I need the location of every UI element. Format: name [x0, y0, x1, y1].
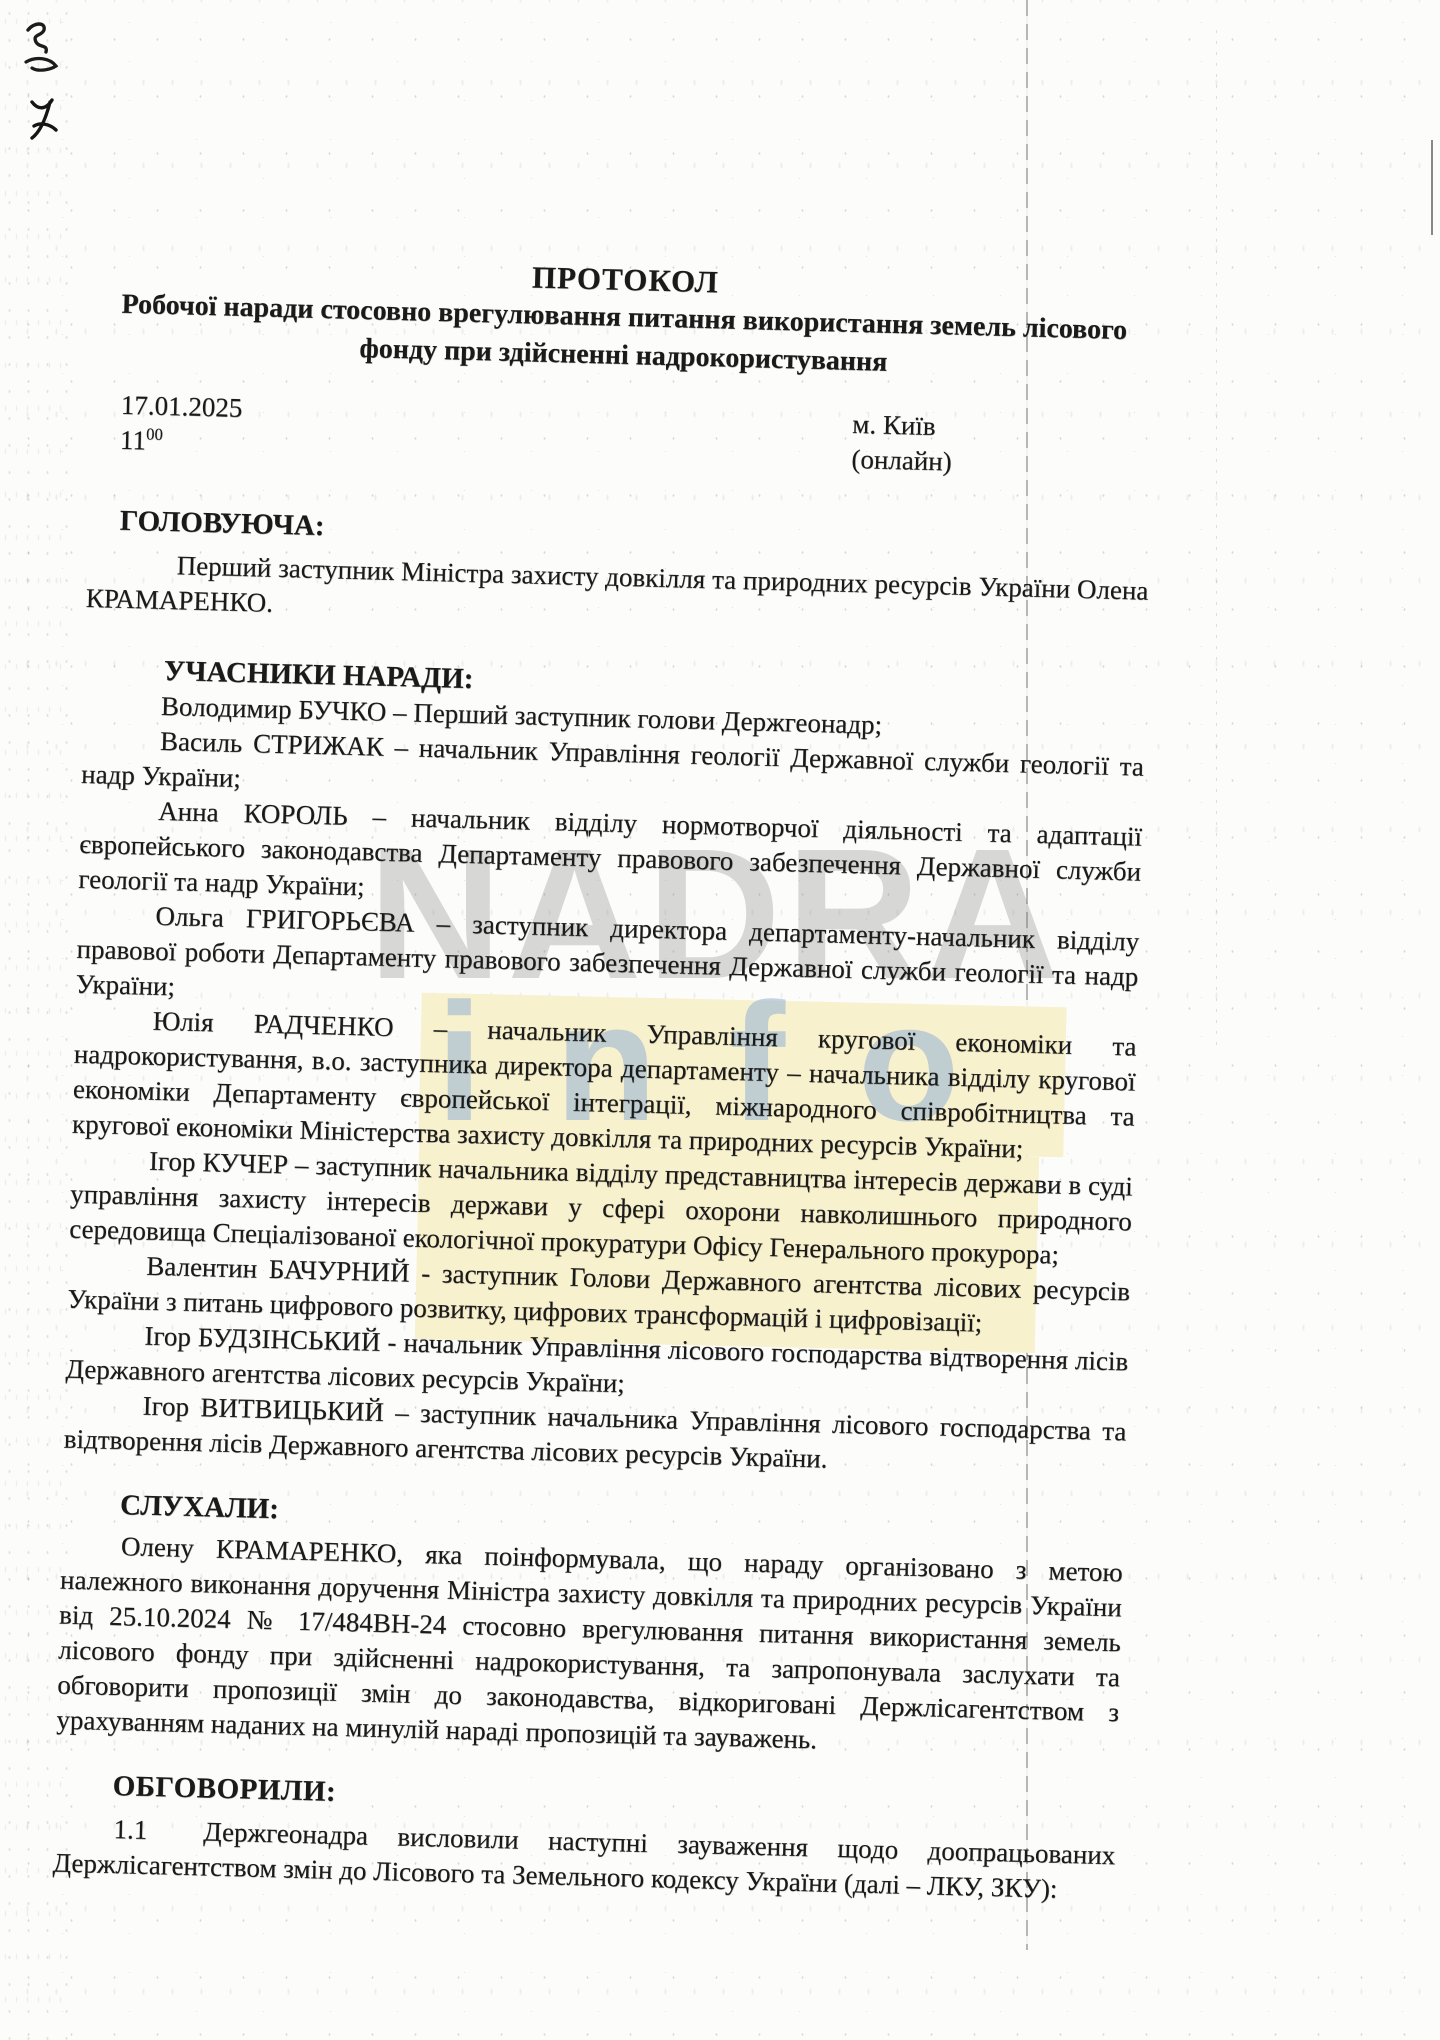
scan-line-artifact-dotted — [1216, 30, 1217, 1050]
handwritten-mark-2 — [26, 92, 60, 144]
heard-text: Олену КРАМАРЕНКО, яка поінформувала, що … — [56, 1528, 1123, 1766]
meeting-city: м. Київ — [852, 407, 953, 445]
discussed-item-text: Держгеонадра висловили наступні зауважен… — [52, 1816, 1115, 1903]
meta-date-time: 17.01.2025 1100 — [120, 388, 243, 461]
participant-entry: Юлія РАДЧЕНКО – начальник Управління кру… — [72, 1002, 1137, 1170]
meta-place: м. Київ (онлайн) — [851, 407, 953, 480]
meeting-time-minutes: 00 — [146, 424, 163, 443]
meeting-date: 17.01.2025 — [120, 388, 242, 426]
scanned-protocol-document: { "document": { "title": "ПРОТОКОЛ", "su… — [0, 0, 1440, 2040]
meta-row: 17.01.2025 1100 м. Київ (онлайн) — [90, 387, 1153, 485]
meeting-mode: (онлайн) — [851, 442, 952, 480]
scan-line-artifact-right — [1431, 140, 1433, 235]
page-background: NADRA info ПРОТОКОЛ Робочої наради стосо… — [0, 0, 1440, 2040]
meeting-time: 1100 — [120, 423, 242, 461]
document-body: ПРОТОКОЛ Робочої наради стосовно врегулю… — [52, 248, 1156, 1908]
discussed-item-number: 1.1 — [113, 1814, 148, 1845]
handwritten-mark-1 — [20, 18, 62, 76]
